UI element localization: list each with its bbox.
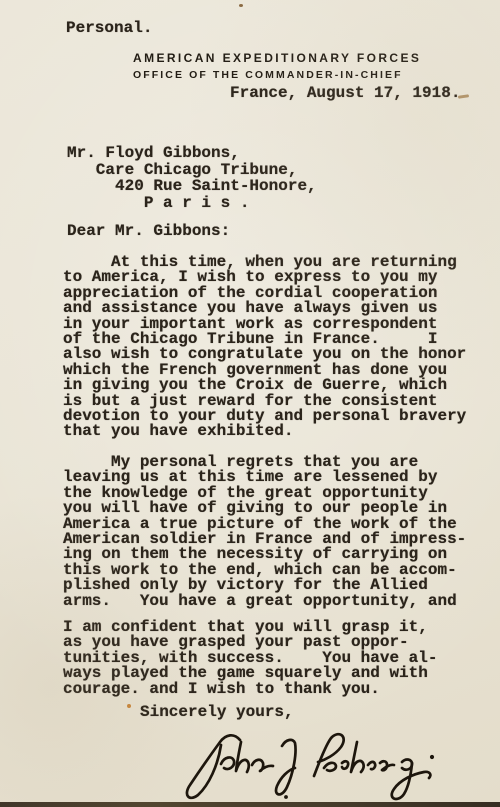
paper-speck (458, 94, 469, 99)
closing-line: Sincerely yours, (140, 705, 294, 720)
salutation: Dear Mr. Gibbons: (67, 224, 230, 239)
letterhead-line-2: OFFICE OF THE COMMANDER-IN-CHIEF (133, 69, 403, 81)
letterhead-line-1: AMERICAN EXPEDITIONARY FORCES (133, 51, 421, 65)
body-paragraph-2: My personal regrets that you are leaving… (63, 455, 466, 609)
body-paragraph-3: I am confident that you will grasp it, a… (63, 620, 437, 697)
recipient-address: Mr. Floyd Gibbons, Care Chicago Tribune,… (67, 145, 317, 211)
handwritten-signature (172, 728, 440, 804)
letter-page: Personal. AMERICAN EXPEDITIONARY FORCES … (0, 0, 500, 807)
body-paragraph-1: At this time, when you are returning to … (63, 255, 466, 440)
personal-label: Personal. (66, 21, 152, 36)
scan-bottom-edge (0, 802, 500, 807)
paper-speck (239, 4, 243, 7)
paper-speck (127, 704, 131, 708)
dateline: France, August 17, 1918. (230, 86, 460, 101)
